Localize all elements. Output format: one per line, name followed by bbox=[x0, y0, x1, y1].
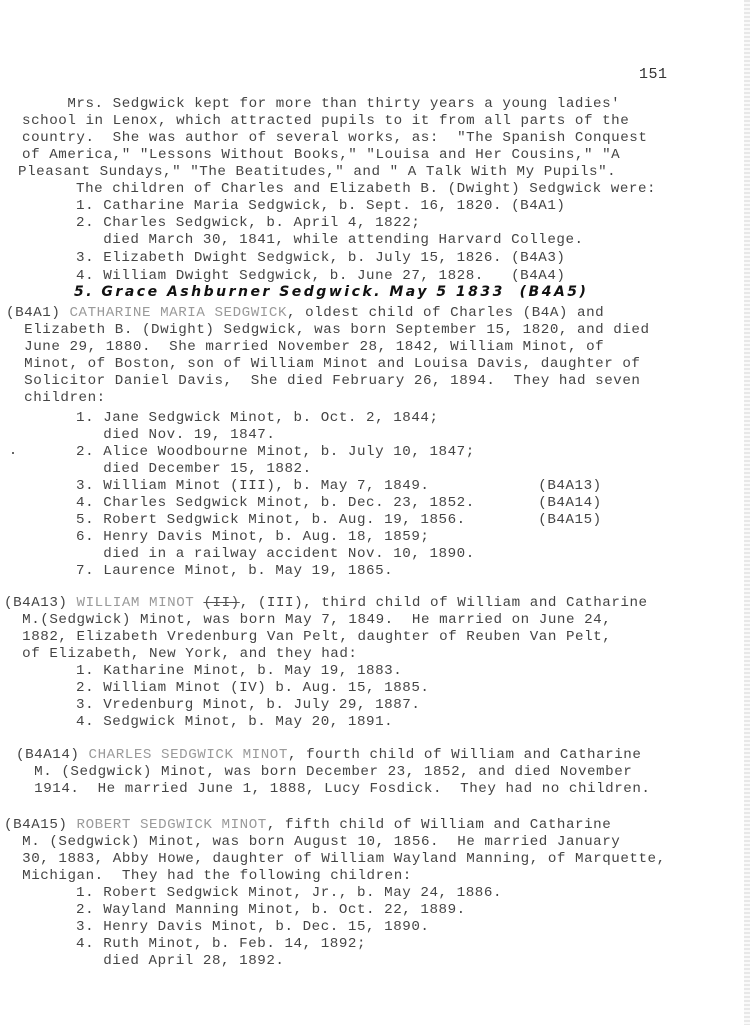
child-entry: died April 28, 1892. bbox=[76, 953, 284, 969]
child-entry: 1. Catharine Maria Sedgwick, b. Sept. 16… bbox=[76, 198, 565, 214]
child-entry: 5. Robert Sedgwick Minot, b. Aug. 19, 18… bbox=[76, 512, 602, 528]
child-entry: died March 30, 1841, while attending Har… bbox=[76, 232, 584, 248]
page-edge bbox=[744, 0, 750, 1025]
child-entry: 2. Charles Sedgwick, b. April 4, 1822; bbox=[76, 215, 420, 231]
child-entry: died December 15, 1882. bbox=[76, 461, 312, 477]
section-line: M.(Sedgwick) Minot, was born May 7, 1849… bbox=[4, 612, 611, 628]
child-entry: 2. William Minot (IV) b. Aug. 15, 1885. bbox=[76, 680, 430, 696]
child-entry: died in a railway accident Nov. 10, 1890… bbox=[76, 546, 475, 562]
section-heading-b4a15: (B4A15) ROBERT SEDGWICK MINOT, fifth chi… bbox=[4, 817, 611, 833]
child-entry: 3. William Minot (III), b. May 7, 1849. … bbox=[76, 478, 602, 494]
section-name: ROBERT SEDGWICK MINOT bbox=[77, 817, 267, 833]
intro-line: Mrs. Sedgwick kept for more than thirty … bbox=[22, 96, 620, 112]
section-code: (B4A14) bbox=[16, 747, 79, 763]
child-entry: 1. Jane Sedgwick Minot, b. Oct. 2, 1844; bbox=[76, 410, 439, 426]
child-entry: 4. Ruth Minot, b. Feb. 14, 1892; bbox=[76, 936, 366, 952]
children-intro: The children of Charles and Elizabeth B.… bbox=[76, 181, 656, 197]
child-entry: died Nov. 19, 1847. bbox=[76, 427, 275, 443]
margin-mark bbox=[12, 452, 14, 454]
child-entry: 3. Vredenburg Minot, b. July 29, 1887. bbox=[76, 697, 420, 713]
child-entry: 6. Henry Davis Minot, b. Aug. 18, 1859; bbox=[76, 529, 430, 545]
section-code: (B4A13) bbox=[4, 595, 67, 611]
intro-line: country. She was author of several works… bbox=[22, 130, 647, 146]
section-line: 1914. He married June 1, 1888, Lucy Fosd… bbox=[16, 781, 650, 797]
section-name: CATHARINE MARIA SEDGWICK bbox=[69, 305, 287, 321]
child-entry: 2. Wayland Manning Minot, b. Oct. 22, 18… bbox=[76, 902, 466, 918]
child-entry: 2. Alice Woodbourne Minot, b. July 10, 1… bbox=[76, 444, 475, 460]
child-entry: 4. William Dwight Sedgwick, b. June 27, … bbox=[76, 268, 565, 284]
section-line: Minot, of Boston, son of William Minot a… bbox=[6, 356, 640, 372]
section-code: (B4A1) bbox=[6, 305, 60, 321]
section-code: (B4A15) bbox=[4, 817, 67, 833]
section-text: , fifth child of William and Catharine bbox=[267, 817, 611, 833]
child-entry: 1. Robert Sedgwick Minot, Jr., b. May 24… bbox=[76, 885, 502, 901]
section-line: Michigan. They had the following childre… bbox=[4, 868, 412, 884]
section-heading-b4a14: (B4A14) CHARLES SEDGWICK MINOT, fourth c… bbox=[16, 747, 641, 763]
child-entry: 3. Elizabeth Dwight Sedgwick, b. July 15… bbox=[76, 250, 565, 266]
section-name: CHARLES SEDGWICK MINOT bbox=[89, 747, 288, 763]
handwritten-addition: 5. Grace Ashburner Sedgwick. May 5 1833 … bbox=[74, 284, 588, 300]
section-line: 1882, Elizabeth Vredenburg Van Pelt, dau… bbox=[4, 629, 611, 645]
section-line: 30, 1883, Abby Howe, daughter of William… bbox=[4, 851, 666, 867]
section-name: WILLIAM MINOT bbox=[77, 595, 195, 611]
child-entry: 1. Katharine Minot, b. May 19, 1883. bbox=[76, 663, 402, 679]
section-line: of Elizabeth, New York, and they had: bbox=[4, 646, 358, 662]
section-line: June 29, 1880. She married November 28, … bbox=[6, 339, 604, 355]
child-entry: 4. Sedgwick Minot, b. May 20, 1891. bbox=[76, 714, 393, 730]
section-text: , (III), third child of William and Cath… bbox=[240, 595, 648, 611]
section-line: Elizabeth B. (Dwight) Sedgwick, was born… bbox=[6, 322, 650, 338]
document-page: 151 Mrs. Sedgwick kept for more than thi… bbox=[0, 0, 750, 1025]
page-number: 151 bbox=[639, 66, 668, 83]
section-line: children: bbox=[6, 390, 106, 406]
intro-line: of America," "Lessons Without Books," "L… bbox=[22, 147, 620, 163]
section-line: M. (Sedgwick) Minot, was born December 2… bbox=[16, 764, 632, 780]
child-entry: 4. Charles Sedgwick Minot, b. Dec. 23, 1… bbox=[76, 495, 602, 511]
section-heading-b4a1: (B4A1) CATHARINE MARIA SEDGWICK, oldest … bbox=[6, 305, 604, 321]
intro-line: Pleasant Sundays," "The Beatitudes," and… bbox=[18, 164, 616, 180]
child-entry: 3. Henry Davis Minot, b. Dec. 15, 1890. bbox=[76, 919, 430, 935]
section-line: Solicitor Daniel Davis, She died Februar… bbox=[6, 373, 640, 389]
section-text: , oldest child of Charles (B4A) and bbox=[287, 305, 604, 321]
child-entry: 7. Laurence Minot, b. May 19, 1865. bbox=[76, 563, 393, 579]
struck-text: (II) bbox=[203, 595, 239, 611]
section-text: , fourth child of William and Catharine bbox=[288, 747, 642, 763]
section-heading-b4a13: (B4A13) WILLIAM MINOT (II), (III), third… bbox=[4, 595, 648, 611]
section-line: M. (Sedgwick) Minot, was born August 10,… bbox=[4, 834, 620, 850]
intro-line: school in Lenox, which attracted pupils … bbox=[22, 113, 629, 129]
